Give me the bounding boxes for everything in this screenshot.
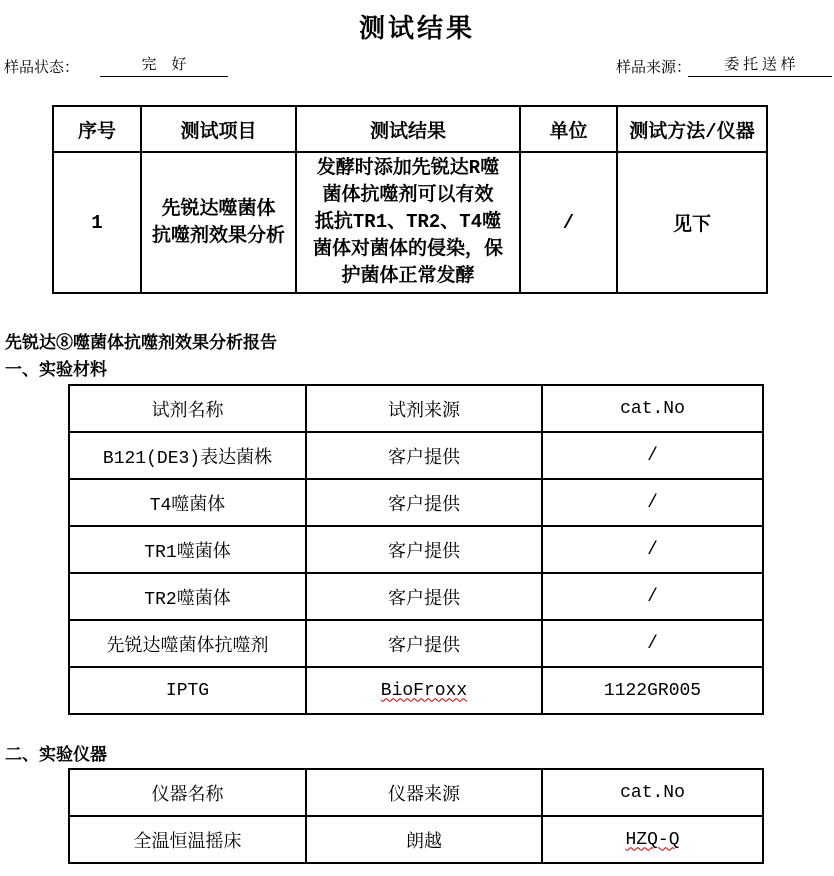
cell-cat-no: 1122GR005 <box>542 667 763 714</box>
cell-cat-no: / <box>542 432 763 479</box>
column-header-item: 测试项目 <box>141 106 296 152</box>
column-header-unit: 单位 <box>520 106 617 152</box>
material-row: T4噬菌体 客户提供 / <box>69 479 763 526</box>
materials-table: 试剂名称 试剂来源 cat.No B121(DE3)表达菌株 客户提供 / T4… <box>68 384 764 715</box>
cell-cat-no: / <box>542 573 763 620</box>
cell-reagent-name: IPTG <box>69 667 306 714</box>
results-header-row: 序号 测试项目 测试结果 单位 测试方法/仪器 <box>53 106 767 152</box>
cell-reagent-source: 客户提供 <box>306 620 542 667</box>
cell-method: 见下 <box>617 152 767 293</box>
materials-header-row: 试剂名称 试剂来源 cat.No <box>69 385 763 432</box>
material-row: IPTG BioFroxx 1122GR005 <box>69 667 763 714</box>
cell-reagent-name: T4噬菌体 <box>69 479 306 526</box>
column-header-cat-no: cat.No <box>542 385 763 432</box>
instrument-row: 全温恒温摇床 朗越 HZQ-Q <box>69 816 763 863</box>
cell-reagent-name: B121(DE3)表达菌株 <box>69 432 306 479</box>
column-header-cat-no: cat.No <box>542 769 763 816</box>
instruments-table: 仪器名称 仪器来源 cat.No 全温恒温摇床 朗越 HZQ-Q <box>68 768 764 864</box>
report-title: 先锐达⑧噬菌体抗噬剂效果分析报告 <box>5 328 277 353</box>
cell-cat-no: / <box>542 526 763 573</box>
cell-reagent-name: 先锐达噬菌体抗噬剂 <box>69 620 306 667</box>
sample-source-value: 委 托 送 样 <box>688 53 832 77</box>
column-header-result: 测试结果 <box>296 106 520 152</box>
material-row: 先锐达噬菌体抗噬剂 客户提供 / <box>69 620 763 667</box>
cell-instrument-source: 朗越 <box>306 816 542 863</box>
instruments-header-row: 仪器名称 仪器来源 cat.No <box>69 769 763 816</box>
section-heading-instruments: 二、实验仪器 <box>5 740 107 765</box>
material-row: TR1噬菌体 客户提供 / <box>69 526 763 573</box>
sample-source-label: 样品来源： <box>616 56 691 77</box>
column-header-serial: 序号 <box>53 106 141 152</box>
cell-cat-no: HZQ-Q <box>542 816 763 863</box>
column-header-instrument-source: 仪器来源 <box>306 769 542 816</box>
cell-cat-no: / <box>542 479 763 526</box>
sample-status-label: 样品状态： <box>4 56 79 77</box>
cell-reagent-source: BioFroxx <box>306 667 542 714</box>
sample-status-value: 完 好 <box>100 53 228 77</box>
column-header-method: 测试方法/仪器 <box>617 106 767 152</box>
cell-reagent-source: 客户提供 <box>306 479 542 526</box>
column-header-instrument-name: 仪器名称 <box>69 769 306 816</box>
section-heading-materials: 一、实验材料 <box>5 355 107 380</box>
cell-reagent-source: 客户提供 <box>306 573 542 620</box>
column-header-reagent-name: 试剂名称 <box>69 385 306 432</box>
results-row: 1 先锐达噬菌体 抗噬剂效果分析 发酵时添加先锐达R噬 菌体抗噬剂可以有效 抵抗… <box>53 152 767 293</box>
cell-serial: 1 <box>53 152 141 293</box>
cell-reagent-source: 客户提供 <box>306 526 542 573</box>
cell-test-item: 先锐达噬菌体 抗噬剂效果分析 <box>141 152 296 293</box>
material-row: TR2噬菌体 客户提供 / <box>69 573 763 620</box>
cell-reagent-source: 客户提供 <box>306 432 542 479</box>
cell-test-result: 发酵时添加先锐达R噬 菌体抗噬剂可以有效 抵抗TR1、TR2、T4噬 菌体对菌体… <box>296 152 520 293</box>
spellcheck-underlined-text: HZQ-Q <box>625 830 679 850</box>
page-title: 测试结果 <box>0 8 834 45</box>
cell-unit: / <box>520 152 617 293</box>
spellcheck-underlined-text: BioFroxx <box>381 681 467 701</box>
cell-reagent-name: TR2噬菌体 <box>69 573 306 620</box>
cell-reagent-name: TR1噬菌体 <box>69 526 306 573</box>
column-header-reagent-source: 试剂来源 <box>306 385 542 432</box>
cell-cat-no: / <box>542 620 763 667</box>
cell-instrument-name: 全温恒温摇床 <box>69 816 306 863</box>
results-table: 序号 测试项目 测试结果 单位 测试方法/仪器 1 先锐达噬菌体 抗噬剂效果分析… <box>52 105 768 294</box>
material-row: B121(DE3)表达菌株 客户提供 / <box>69 432 763 479</box>
